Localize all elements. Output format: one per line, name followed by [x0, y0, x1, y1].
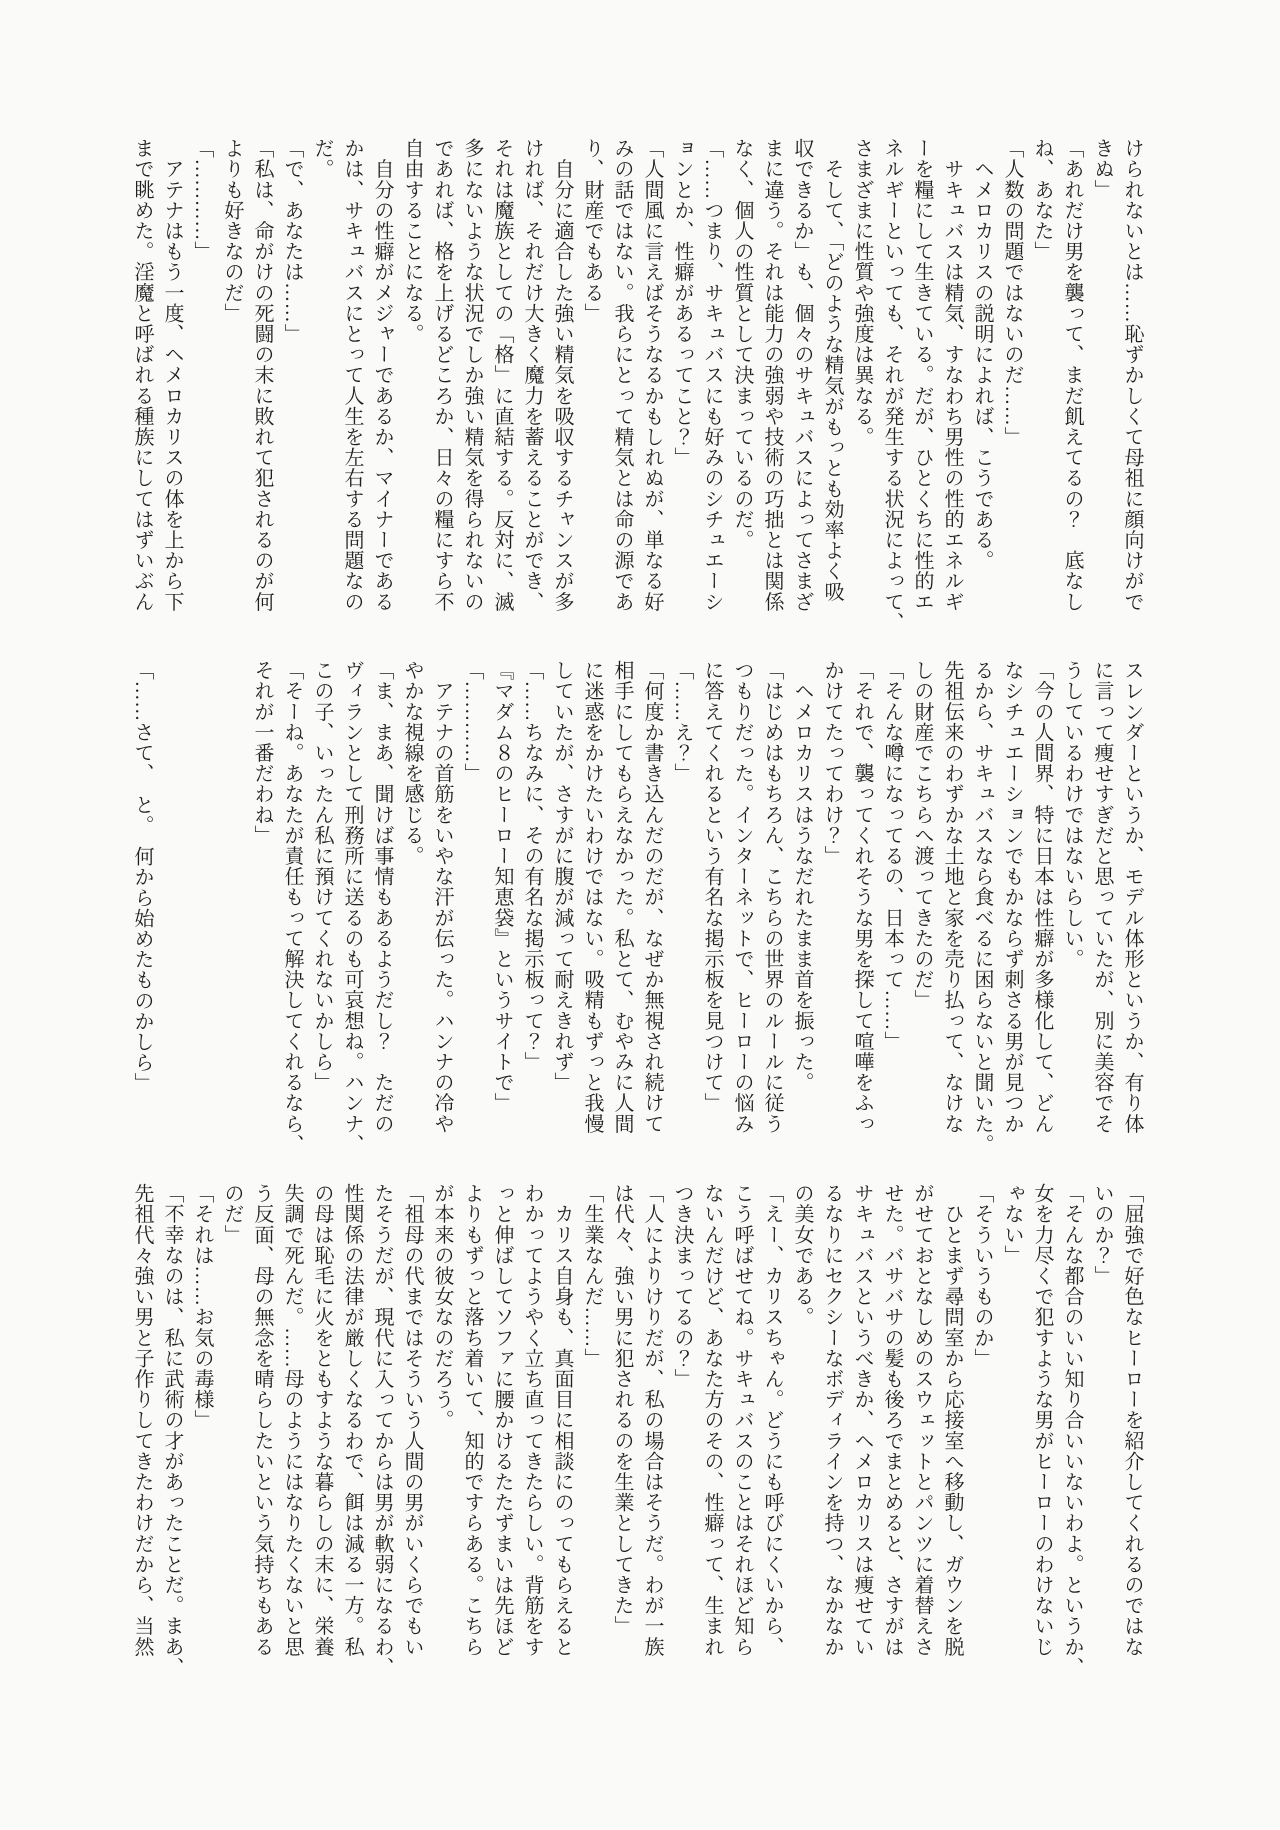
text-column: 「で、あなたは……」 — [277, 138, 307, 650]
text-column: は代々、強い男に犯されるのを生業としてきた」 — [607, 1183, 637, 1695]
text-column: 『マダム８のヒーロー知恵袋』というサイトで」 — [487, 660, 517, 1172]
text-column: だ。 — [307, 138, 337, 650]
text-column: 「生業なんだ……」 — [577, 1183, 607, 1695]
text-column: 「屈強で好色なヒーローを紹介してくれるのではな — [1117, 1183, 1147, 1695]
text-column: が本来の彼女なのだろう。 — [427, 1183, 457, 1695]
text-column: のだ」 — [217, 1183, 247, 1695]
text-column: 「ま、まあ、聞けば事情もあるようだし？ ただの — [367, 660, 397, 1172]
text-column: ヘメロカリスの説明によれば、こうである。 — [967, 138, 997, 650]
text-column: アテナの首筋をいやな汗が伝った。ハンナの冷や — [427, 660, 457, 1172]
text-column: しの財産でこちらへ渡ってきたのだ」 — [907, 660, 937, 1172]
text-column: つき決まってるの？」 — [667, 1183, 697, 1695]
text-column: 先祖伝来のわずかな土地と家を売り払って、なけな — [937, 660, 967, 1172]
text-column: うしているわけではないらしい。 — [1057, 660, 1087, 1172]
text-column: の母は恥毛に火をともすような暮らしの末に、栄養 — [307, 1183, 337, 1695]
text-column: がせておとなしめのスウェットとパンツに着替えさ — [907, 1183, 937, 1695]
text-column: 「えー、カリスちゃん。どうにも呼びにくいから、 — [757, 1183, 787, 1695]
text-column: 「……ちなみに、その有名な掲示板って？」 — [517, 660, 547, 1172]
text-column: に迷惑をかけたいわけではない。吸精もずっと我慢 — [577, 660, 607, 1172]
text-column: 「それで、襲ってくれそうな男を探して喧嘩をふっ — [847, 660, 877, 1172]
text-column: わかってようやく立ち直ってきたらしい。背筋をす — [517, 1183, 547, 1695]
text-column: ヘメロカリスはうなだれたまま首を振った。 — [787, 660, 817, 1172]
text-column: ーを糧にして生きている。だが、ひとくちに性的エ — [907, 138, 937, 650]
text-column: 自由することになる。 — [397, 138, 427, 650]
text-column: 自分に適合した強い精気を吸収するチャンスが多 — [547, 138, 577, 650]
text-column: に答えてくれるという有名な掲示板を見つけて」 — [697, 660, 727, 1172]
text-column: るから、サキュバスなら食べるに困らないと聞いた。 — [967, 660, 997, 1172]
text-column: であれば、格を上げるどころか、日々の糧にすら不 — [427, 138, 457, 650]
text-column: 多にないような状況でしか強い精気を得られないの — [457, 138, 487, 650]
text-column — [217, 660, 247, 1172]
text-column: かけてたってわけ？」 — [817, 660, 847, 1172]
text-column: 収できるか」も、個々のサキュバスによってさまざ — [787, 138, 817, 650]
text-column: 「何度か書き込んだのだが、なぜか無視され続けて — [637, 660, 667, 1172]
text-column: たそうだが、現代に入ってからは男が軟弱になるわ、 — [367, 1183, 397, 1695]
text-column: 「人間風に言えばそうなるかもしれぬが、単なる好 — [637, 138, 667, 650]
text-column: 「……さて、 と。 何から始めたものかしら」 — [127, 660, 157, 1172]
text-column: 相手にしてもらえなかった。私とて、むやみに人間 — [607, 660, 637, 1172]
text-column: せた。バサバサの髪も後ろでまとめると、さすがは — [877, 1183, 907, 1695]
text-column: サキュバスは精気、すなわち男性の性的エネルギ — [937, 138, 967, 650]
text-column: 失調で死んだ。……母のようにはなりたくないと思 — [277, 1183, 307, 1695]
text-band-top: けられないとは……恥ずかしくて母祖に顔向けができぬ」「あれだけ男を襲って、まだ飢… — [127, 138, 1147, 650]
text-column — [157, 660, 187, 1172]
text-column: なく、個人の性質として決まっているのだ。 — [727, 138, 757, 650]
text-column: 「…………」 — [187, 138, 217, 650]
text-column: 「はじめはもちろん、こちらの世界のルールに従う — [757, 660, 787, 1172]
text-column: けられないとは……恥ずかしくて母祖に顔向けがで — [1117, 138, 1147, 650]
text-column: 「今の人間界、特に日本は性癖が多様化して、どん — [1027, 660, 1057, 1172]
text-column: 「そんな噂になってるの、日本って……」 — [877, 660, 907, 1172]
text-column: う反面、母の無念を晴らしたいという気持ちもある — [247, 1183, 277, 1695]
text-column: 「……え？」 — [667, 660, 697, 1172]
text-column: ければ、それだけ大きく魔力を蓄えることができ、 — [517, 138, 547, 650]
text-column: ね、あなた」 — [1027, 138, 1057, 650]
novel-page: けられないとは……恥ずかしくて母祖に顔向けができぬ」「あれだけ男を襲って、まだ飢… — [0, 0, 1280, 1830]
text-column: まに違う。それは能力の強弱や技術の巧拙とは関係 — [757, 138, 787, 650]
text-column: カリス自身も、真面目に相談にのってもらえると — [547, 1183, 577, 1695]
text-column: 「……つまり、サキュバスにも好みのシチュエーシ — [697, 138, 727, 650]
text-band-bottom: 「屈強で好色なヒーローを紹介してくれるのではないのか？」「そんな都合のいい知り合… — [127, 1183, 1147, 1695]
text-column: つもりだった。インターネットで、ヒーローの悩み — [727, 660, 757, 1172]
text-column: っと伸ばしてソファに腰かけるたたずまいは先ほど — [487, 1183, 517, 1695]
text-column — [187, 660, 217, 1172]
text-column: 「私は、命がけの死闘の末に敗れて犯されるのが何 — [247, 138, 277, 650]
text-column: さまざまに性質や強度は異なる。 — [847, 138, 877, 650]
text-column: ゃない」 — [997, 1183, 1027, 1695]
text-column: 「不幸なのは、私に武術の才があったことだ。まあ、 — [157, 1183, 187, 1695]
text-column: まで眺めた。淫魔と呼ばれる種族にしてはずいぶん — [127, 138, 157, 650]
text-column: こう呼ばせてね。サキュバスのことはそれほど知ら — [727, 1183, 757, 1695]
text-band-middle: スレンダーというか、モデル体形というか、有り体に言って痩せすぎだと思っていたが、… — [127, 660, 1147, 1172]
text-column: それは魔族としての「格」に直結する。反対に、滅 — [487, 138, 517, 650]
text-column: サキュバスというべきか、ヘメロカリスは痩せてい — [847, 1183, 877, 1695]
text-column: なシチュエーションでもかならず刺さる男が見つか — [997, 660, 1027, 1172]
text-column: ョンとか、性癖があるってこと？」 — [667, 138, 697, 650]
text-column: やかな視線を感じる。 — [397, 660, 427, 1172]
text-column: 性関係の法律が厳しくなるわで、餌は減る一方。私 — [337, 1183, 367, 1695]
text-column: 「そーね。あなたが責任もって解決してくれるなら、 — [277, 660, 307, 1172]
text-column: 自分の性癖がメジャーであるか、マイナーである — [367, 138, 397, 650]
text-column: かは、サキュバスにとって人生を左右する問題なの — [337, 138, 367, 650]
text-column: いのか？」 — [1087, 1183, 1117, 1695]
text-column: そして、「どのような精気がもっとも効率よく吸 — [817, 138, 847, 650]
text-column: ひとまず尋問室から応接室へ移動し、ガウンを脱 — [937, 1183, 967, 1695]
text-column: 「あれだけ男を襲って、まだ飢えてるの？ 底なし — [1057, 138, 1087, 650]
text-column: よりも好きなのだ」 — [217, 138, 247, 650]
text-column: この子、いったん私に預けてくれないかしら」 — [307, 660, 337, 1172]
text-column: 先祖代々強い男と子作りしてきたわけだから、当然 — [127, 1183, 157, 1695]
text-column: 「そんな都合のいい知り合いいないわよ。というか、 — [1057, 1183, 1087, 1695]
text-column: り、財産でもある」 — [577, 138, 607, 650]
text-column: 「祖母の代まではそういう人間の男がいくらでもい — [397, 1183, 427, 1695]
text-column: 「人によりけりだが、私の場合はそうだ。わが一族 — [637, 1183, 667, 1695]
text-column: スレンダーというか、モデル体形というか、有り体 — [1117, 660, 1147, 1172]
text-column: きぬ」 — [1087, 138, 1117, 650]
text-column: 「人数の問題ではないのだ……」 — [997, 138, 1027, 650]
text-column: それが一番だわね」 — [247, 660, 277, 1172]
text-column: していたが、さすがに腹が減って耐えきれず」 — [547, 660, 577, 1172]
text-column: ネルギーといっても、それが発生する状況によって、 — [877, 138, 907, 650]
text-column: に言って痩せすぎだと思っていたが、別に美容でそ — [1087, 660, 1117, 1172]
text-column: 「それは……お気の毒様」 — [187, 1183, 217, 1695]
text-column: 「…………」 — [457, 660, 487, 1172]
text-column: 女を力尽くで犯すような男がヒーローのわけないじ — [1027, 1183, 1057, 1695]
text-column: みの話ではない。我らにとって精気とは命の源であ — [607, 138, 637, 650]
text-column: ヴィランとして刑務所に送るのも可哀想ね。ハンナ、 — [337, 660, 367, 1172]
text-column: の美女である。 — [787, 1183, 817, 1695]
text-column: よりもずっと落ち着いて、知的ですらある。こちら — [457, 1183, 487, 1695]
text-column: るなりにセクシーなボディラインを持つ、なかなか — [817, 1183, 847, 1695]
text-column: 「そういうものか」 — [967, 1183, 997, 1695]
text-column: ないんだけど、あなた方のその、性癖って、生まれ — [697, 1183, 727, 1695]
text-column: アテナはもう一度、ヘメロカリスの体を上から下 — [157, 138, 187, 650]
